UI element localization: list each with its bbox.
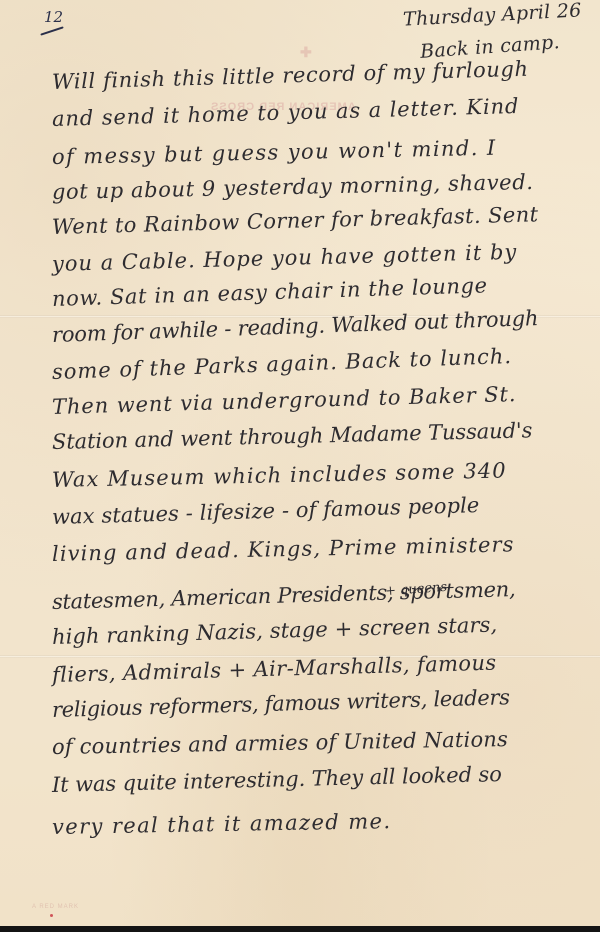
letter-line: high ranking Nazis, stage + screen stars… [52, 613, 498, 649]
letter-line: now. Sat in an easy chair in the lounge [52, 273, 488, 311]
letter-line: and send it home to you as a letter. Kin… [52, 94, 520, 131]
letter-page: ✚ AMERICAN RED CROSS 12 Thursday April 2… [0, 0, 600, 926]
letter-line: Station and went through Madame Tussaud'… [52, 418, 533, 454]
red-cross-emblem-icon: ✚ [300, 44, 310, 58]
letter-line: Will finish this little record of my fur… [52, 57, 529, 94]
page-number-underline [40, 26, 63, 35]
letter-line: Wax Museum which includes some 340 [52, 458, 507, 492]
red-ink-spot [50, 914, 53, 917]
letter-line: got up about 9 yesterday morning, shaved… [52, 170, 534, 204]
page-number: 12 [44, 8, 63, 26]
letter-line: of messy but guess you won't mind. I [52, 136, 497, 169]
letter-line: living and dead. Kings, Prime ministers [52, 532, 515, 566]
letter-line: you a Cable. Hope you have gotten it by [52, 240, 518, 276]
letter-date: Thursday April 26 [403, 0, 583, 31]
letter-line: room for awhile - reading. Walked out th… [52, 306, 539, 347]
letter-line: statesmen, American Presidents, sportsme… [52, 577, 516, 614]
letter-line: Went to Rainbow Corner for breakfast. Se… [52, 202, 539, 239]
letter-line: of countries and armies of United Nation… [52, 727, 508, 759]
paper-maker-stamp: A RED MARK [32, 904, 79, 910]
letter-line: Then went via underground to Baker St. [52, 382, 517, 419]
scan-edge [0, 926, 600, 932]
letter-line: very real that it amazed me. [52, 809, 392, 839]
letter-line: It was quite interesting. They all looke… [52, 762, 502, 797]
letter-line: some of the Parks again. Back to lunch. [52, 344, 513, 384]
letter-line: religious reformers, famous writers, lea… [52, 685, 510, 722]
letter-line: wax statues - lifesize - of famous peopl… [52, 493, 480, 529]
